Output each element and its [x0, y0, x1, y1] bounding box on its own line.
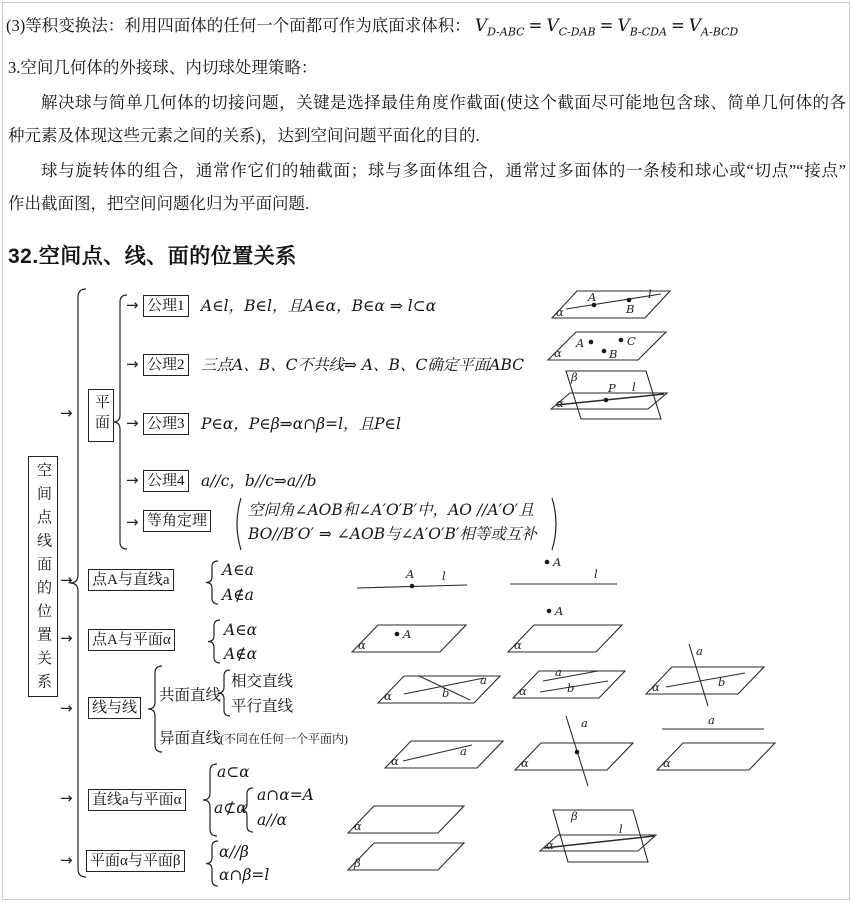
fig-point-on-line: A l [357, 567, 467, 588]
skew-lines-label: 异面直线 [159, 729, 221, 748]
fig-axiom2-label-alpha: α [554, 346, 562, 360]
arrow-to-line-plane: → [60, 789, 73, 807]
line-plane-sub2: a//α [257, 811, 287, 830]
node-axiom4: 公理4 [143, 470, 189, 492]
fig-intersecting-label-b: b [442, 686, 449, 700]
fig-axiom1-label-alpha: α [556, 305, 564, 319]
arrow-to-point-plane: → [60, 629, 73, 647]
document-page: (3)等积变换法：利用四面体的任何一个面都可作为底面求体积： VD-ABC=VC… [0, 0, 852, 902]
node-axiom2: 公理2 [143, 354, 189, 376]
fig-intersecting-planes-label-alpha: α [546, 838, 554, 852]
fig-point-off-line-label-l: l [594, 567, 598, 581]
fig-point-off-plane-label-alpha: α [514, 638, 522, 652]
axiom4-formula: a//c，b//c⇒a//b [201, 472, 317, 491]
plane-plane-case2: α∩β=l [219, 866, 269, 885]
equals-sign: = [529, 16, 543, 35]
fig-axiom2-label-A: A [575, 336, 584, 350]
fig-line-in-plane: a α [385, 741, 503, 768]
equals-sign: = [600, 16, 614, 35]
intersecting-lines-label: 相交直线 [231, 672, 293, 691]
arrow-to-axiom2: → [126, 355, 139, 373]
node-point-and-line: 点A与直线a [88, 569, 174, 591]
fig-line-intersects-plane: a α [515, 716, 633, 786]
fig-parallel-planes: α β [348, 806, 464, 870]
fig-line-intersects-label-a: a [581, 716, 588, 730]
node-line-and-plane: 直线a与平面α [88, 789, 186, 811]
fig-parallel-planes-label-beta: β [353, 856, 361, 870]
fig-line-in-plane-label-a: a [460, 744, 467, 758]
fig-parallel-planes-label-alpha: α [354, 819, 362, 833]
fig-point-off-line: A l [510, 555, 617, 584]
fig-intersecting-planes-label-l: l [619, 822, 623, 836]
equals-sign: = [671, 16, 685, 35]
fig-axiom2-label-C: C [627, 334, 636, 348]
fig-point-in-plane: A α [352, 625, 466, 652]
coplanar-lines-label: 共面直线 [159, 686, 221, 705]
fig-axiom1-label-B: B [625, 302, 634, 316]
fig-axiom1-label-l: l [648, 287, 652, 301]
fig-axiom3-label-l: l [632, 380, 636, 394]
line-plane-case2: a⊄α [214, 799, 247, 818]
plane-plane-case1: α//β [219, 843, 249, 862]
axiom1-formula: A∈l，B∈l，且A∈α，B∈α ⇒ l⊂α [201, 297, 436, 316]
fig-axiom1-line-in-plane: A B l α [552, 287, 670, 319]
point-plane-case2: A∉α [224, 645, 257, 664]
equal-angle-line2: BO//B′O′ ⇒ ∠AOB与∠A′O′B′相等或互补 [248, 525, 537, 544]
node-axiom3: 公理3 [143, 413, 189, 435]
fig-intersecting-planes: l β α [540, 809, 656, 862]
fig-line-parallel-plane: a α [657, 713, 775, 770]
fig-point-in-plane-label-alpha: α [358, 638, 366, 652]
fig-intersecting-label-a: a [480, 673, 487, 687]
fig-skew-label-b: b [718, 675, 725, 689]
node-axiom1: 公理1 [143, 295, 189, 317]
point-line-case2: A∉a [222, 586, 254, 605]
fig-intersecting-lines: a b α [378, 673, 500, 703]
fig-axiom2-label-B: B [608, 347, 617, 361]
fig-point-on-line-label-l: l [442, 569, 446, 583]
equal-angle-line1: 空间角∠AOB和∠A′O′B′中，AO //A′O′且 [248, 501, 534, 520]
fig-axiom3-label-alpha: α [556, 396, 564, 410]
arrow-to-equal-angle: → [126, 513, 139, 531]
node-plane-and-plane: 平面α与平面β [86, 850, 185, 872]
fig-parallel-label-a: a [555, 665, 562, 679]
fig-point-off-plane: A α [508, 604, 622, 652]
formula-term-1: VD-ABC [475, 16, 525, 35]
arrow-to-axiom3: → [126, 414, 139, 432]
intro-line: (3)等积变换法：利用四面体的任何一个面都可作为底面求体积： VD-ABC=VC… [6, 16, 738, 42]
fig-line-parallel-label-alpha: α [663, 756, 671, 770]
arrow-to-axiom4: → [126, 471, 139, 489]
node-equal-angle-theorem: 等角定理 [143, 510, 211, 532]
arrow-to-axiom1: → [126, 296, 139, 314]
fig-skew-label-alpha: α [652, 680, 660, 694]
line-plane-sub1: a∩α=A [257, 786, 314, 805]
section3-title: 3.空间几何体的外接球、内切球处理策略： [8, 58, 317, 78]
fig-point-in-plane-label-A: A [402, 627, 411, 641]
arrow-to-point-line: → [60, 571, 73, 589]
root-node-spatial-relations: 空间点线面的位置关系 [28, 456, 58, 697]
skew-lines-note: (不同在任何一个平面内) [220, 732, 348, 747]
fig-point-off-plane-label-A: A [554, 604, 563, 618]
fig-parallel-label-b: b [567, 681, 574, 695]
fig-parallel-label-alpha: α [519, 684, 527, 698]
parallel-lines-label: 平行直线 [231, 697, 293, 716]
node-plane: 平面 [88, 389, 114, 442]
fig-axiom3-intersecting-planes: β P l α [551, 370, 667, 419]
fig-point-off-line-label-A: A [552, 555, 561, 569]
fig-axiom2-three-points: A B C α [548, 332, 666, 361]
volume-formula: VD-ABC=VC-DAB=VB-CDA=VA-BCD [475, 16, 738, 35]
fig-axiom1-label-A: A [587, 290, 596, 304]
para1-line2: 种元素及体现这些元素之间的关系)，达到空间问题平面化的目的. [8, 126, 480, 146]
node-point-and-plane: 点A与平面α [88, 629, 175, 651]
formula-term-4: VA-BCD [689, 16, 738, 35]
line-plane-case1: a⊂α [217, 763, 250, 782]
fig-line-parallel-label-a: a [708, 713, 715, 727]
point-plane-case1: A∈α [224, 621, 257, 640]
axiom2-formula: 三点A、B、C不共线⇒ A、B、C确定平面ABC [201, 356, 524, 375]
fig-line-in-plane-label-alpha: α [391, 754, 399, 768]
fig-axiom3-label-P: P [607, 381, 616, 395]
fig-parallel-lines: a b α [513, 665, 625, 698]
axiom3-formula: P∈α，P∈β⇒α∩β=l，且P∈l [201, 415, 401, 434]
fig-line-intersects-label-alpha: α [521, 756, 529, 770]
formula-term-2: VC-DAB [546, 16, 595, 35]
formula-term-3: VB-CDA [617, 16, 666, 35]
para2-line2: 作出截面图，把空间问题化归为平面问题. [8, 194, 309, 214]
arrow-to-plane: → [60, 404, 73, 422]
fig-skew-label-a: a [696, 644, 703, 658]
intro-text: (3)等积变换法：利用四面体的任何一个面都可作为底面求体积： [6, 16, 471, 35]
para2-line1: 球与旋转体的组合，通常作它们的轴截面；球与多面体组合，通常过多面体的一条棱和球心… [8, 161, 846, 181]
point-line-case1: A∈a [222, 561, 254, 580]
arrow-to-line-line: → [60, 699, 73, 717]
fig-point-on-line-label-A: A [405, 567, 414, 581]
node-line-and-line: 线与线 [88, 697, 141, 719]
para1-line1: 解决球与简单几何体的切接问题，关键是选择最佳角度作截面(使这个截面尽可能地包含球… [8, 93, 846, 113]
arrow-to-plane-plane: → [60, 851, 73, 869]
fig-intersecting-planes-label-beta: β [570, 809, 578, 823]
fig-axiom3-label-beta: β [570, 370, 578, 384]
fig-intersecting-label-alpha: α [384, 689, 392, 703]
page-title: 32.空间点、线、面的位置关系 [8, 240, 297, 270]
fig-skew-lines: a b α [646, 644, 764, 706]
